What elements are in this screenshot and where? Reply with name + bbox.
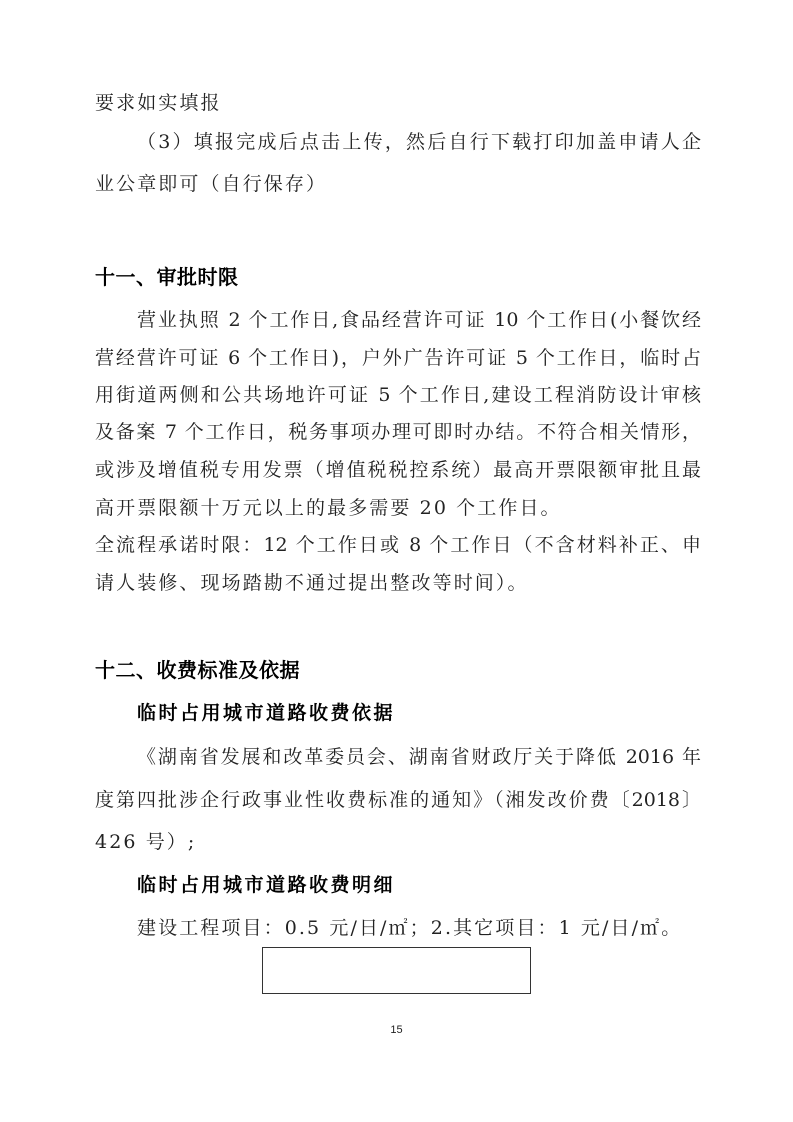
section-11-line-2: 营经营许可证 6 个工作日)，户外广告许可证 5 个工作日，临时占 <box>95 346 701 370</box>
intro-line-1: 要求如实填报 <box>95 91 701 115</box>
fee-basis-line-3: 426 号）; <box>95 830 701 854</box>
section-12-heading: 十二、收费标准及依据 <box>95 657 300 683</box>
section-11-line-5: 或涉及增值税专用发票（增值税税控系统）最高开票限额审批且最 <box>95 458 701 482</box>
commitment-line-1: 全流程承诺时限：12 个工作日或 8 个工作日（不含材料补正、申 <box>95 533 701 557</box>
fee-detail-subheading: 临时占用城市道路收费明细 <box>137 873 395 897</box>
document-page: 要求如实填报 （3）填报完成后点击上传，然后自行下载打印加盖申请人企 业公章即可… <box>0 0 793 1122</box>
page-number: 15 <box>0 1024 793 1036</box>
intro-line-3: 业公章即可（自行保存） <box>95 172 701 196</box>
section-11-line-4: 及备案 7 个工作日，税务事项办理可即时办结。不符合相关情形， <box>95 420 701 444</box>
commitment-line-2: 请人装修、现场踏勘不通过提出整改等时间）。 <box>95 571 701 595</box>
fee-basis-line-2: 度第四批涉企行政事业性收费标准的通知》（湘发改价费〔2018〕 <box>95 788 701 812</box>
section-11-line-6: 高开票限额十万元以上的最多需要 20 个工作日。 <box>95 496 701 520</box>
section-11-line-1: 营业执照 2 个工作日,食品经营许可证 10 个工作日(小餐饮经 <box>137 308 701 332</box>
section-11-heading: 十一、审批时限 <box>95 264 239 290</box>
empty-stamp-box <box>262 947 531 994</box>
fee-detail-line: 建设工程项目：0.5 元/日/㎡；2.其它项目：1 元/日/㎡。 <box>137 916 701 940</box>
fee-basis-line-1: 《湖南省发展和改革委员会、湖南省财政厅关于降低 2016 年 <box>137 745 701 769</box>
fee-basis-subheading: 临时占用城市道路收费依据 <box>137 701 395 725</box>
section-11-line-3: 用街道两侧和公共场地许可证 5 个工作日,建设工程消防设计审核 <box>95 383 701 407</box>
intro-line-2: （3）填报完成后点击上传，然后自行下载打印加盖申请人企 <box>137 130 701 154</box>
